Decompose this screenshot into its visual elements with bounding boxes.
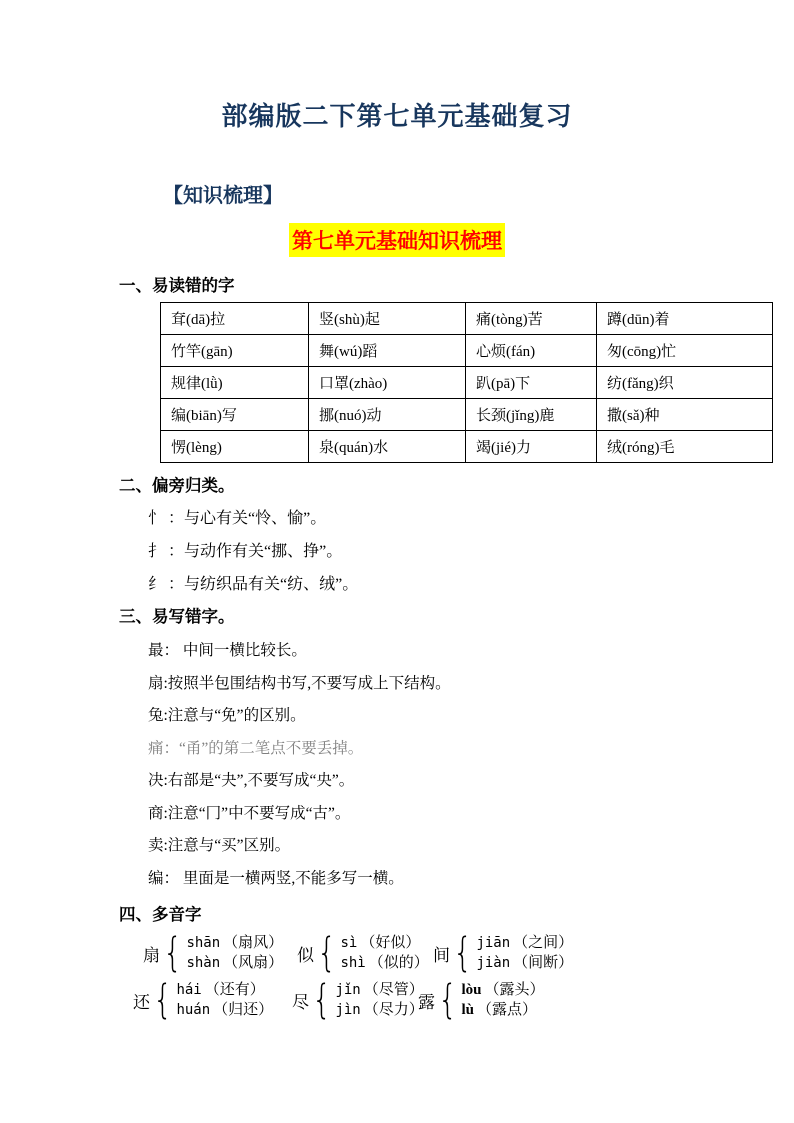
error-note-line: 兔:注意与“免”的区别。 bbox=[148, 698, 794, 731]
error-note-line: 扇:按照半包围结构书写,不要写成上下结构。 bbox=[148, 666, 794, 699]
table-cell: 规律(lǜ) bbox=[161, 367, 309, 399]
polyphone-pinyin: lòu bbox=[461, 980, 481, 1000]
polyphone-char: 还 bbox=[133, 988, 150, 1013]
table-cell: 长颈(jǐng)鹿 bbox=[466, 399, 597, 431]
polyphone-item: 似 { sì（好似） shì（似的） bbox=[297, 933, 429, 973]
polyphone-word: （归还） bbox=[213, 1000, 273, 1020]
table-cell: 痛(tòng)苦 bbox=[466, 303, 597, 335]
polyphone-pinyin: jiān bbox=[476, 933, 510, 953]
polyphone-item: 间 { jiān（之间） jiàn（间断） bbox=[433, 933, 573, 973]
unit-heading-highlight: 第七单元基础知识梳理 bbox=[289, 223, 505, 257]
polyphone-item: 露 { lòu（露头） lù（露点） bbox=[418, 980, 544, 1020]
polyphone-pinyin: shàn bbox=[186, 953, 220, 973]
polyphone-pinyin: shì bbox=[340, 953, 365, 973]
table-cell: 竹竿(gān) bbox=[161, 335, 309, 367]
brace-icon: { bbox=[312, 980, 331, 1020]
error-note-line: 商:注意“冂”中不要写成“古”。 bbox=[148, 796, 794, 829]
polyphone-pinyin: hái bbox=[176, 980, 201, 1000]
section-heading-polyphones: 四、多音字 bbox=[119, 901, 794, 925]
polyphone-char: 似 bbox=[297, 941, 314, 966]
radical-line: 忄 ：与心有关“怜、愉”。 bbox=[148, 500, 794, 533]
polyphone-char: 露 bbox=[418, 988, 435, 1013]
table-row: 规律(lǜ) 口罩(zhào) 趴(pā)下 纺(fǎng)织 bbox=[161, 367, 773, 399]
brace-icon: { bbox=[163, 933, 182, 973]
table-cell: 耷(dā)拉 bbox=[161, 303, 309, 335]
document-page: 部编版二下第七单元基础复习 【知识梳理】 第七单元基础知识梳理 一、易读错的字 … bbox=[0, 0, 794, 1123]
error-note-line: 痛：“甬”的第二笔点不要丢掉。 bbox=[148, 731, 794, 764]
table-row: 愣(lèng) 泉(quán)水 竭(jié)力 绒(róng)毛 bbox=[161, 431, 773, 463]
polyphone-row: 扇 { shān（扇风） shàn（风扇） 似 { sì（好似） shì（似的）… bbox=[0, 931, 794, 978]
polyphone-word: （之间） bbox=[513, 933, 573, 953]
table-cell: 心烦(fán) bbox=[466, 335, 597, 367]
radical-lines: 忄 ：与心有关“怜、愉”。 扌 ：与动作有关“挪、挣”。 纟 ：与纺织品有关“纺… bbox=[148, 500, 794, 599]
table-cell: 口罩(zhào) bbox=[309, 367, 466, 399]
radical-line: 纟 ：与纺织品有关“纺、绒”。 bbox=[148, 566, 794, 599]
radical-line: 扌 ：与动作有关“挪、挣”。 bbox=[148, 533, 794, 566]
table-cell: 竖(shù)起 bbox=[309, 303, 466, 335]
polyphone-pinyin: shān bbox=[186, 933, 220, 953]
table-cell: 撒(sǎ)种 bbox=[597, 399, 773, 431]
brace-icon: { bbox=[153, 980, 172, 1020]
table-cell: 纺(fǎng)织 bbox=[597, 367, 773, 399]
polyphone-word: （似的） bbox=[369, 953, 429, 973]
unit-heading-wrap: 第七单元基础知识梳理 bbox=[0, 223, 794, 257]
polyphone-pinyin: huán bbox=[176, 1000, 210, 1020]
polyphone-word: （露头） bbox=[484, 980, 544, 1000]
polyphone-pinyin: lù bbox=[461, 1000, 474, 1020]
table-cell: 绒(róng)毛 bbox=[597, 431, 773, 463]
polyphone-word: （扇风） bbox=[223, 933, 283, 953]
polyphone-word: （风扇） bbox=[223, 953, 283, 973]
section-heading-easily-misread: 一、易读错的字 bbox=[119, 272, 794, 296]
table-row: 编(biān)写 挪(nuó)动 长颈(jǐng)鹿 撒(sǎ)种 bbox=[161, 399, 773, 431]
polyphone-char: 扇 bbox=[143, 941, 160, 966]
brace-icon: { bbox=[438, 980, 457, 1020]
brace-icon: { bbox=[317, 933, 336, 973]
polyphone-char: 尽 bbox=[292, 988, 309, 1013]
section-heading-easily-miswritten: 三、易写错字。 bbox=[119, 603, 794, 627]
table-row: 耷(dā)拉 竖(shù)起 痛(tòng)苦 蹲(dūn)着 bbox=[161, 303, 773, 335]
polyphone-char: 间 bbox=[433, 941, 450, 966]
page-title: 部编版二下第七单元基础复习 bbox=[0, 0, 794, 133]
section-heading-radical-groups: 二、偏旁归类。 bbox=[119, 472, 794, 496]
polyphone-section: 扇 { shān（扇风） shàn（风扇） 似 { sì（好似） shì（似的）… bbox=[0, 931, 794, 1025]
polyphone-word: （露点） bbox=[477, 1000, 537, 1020]
brace-icon: { bbox=[453, 933, 472, 973]
polyphone-word: （好似） bbox=[360, 933, 420, 953]
error-note-line: 卖:注意与“买”区别。 bbox=[148, 828, 794, 861]
polyphone-pinyin: jǐn bbox=[335, 980, 360, 1000]
table-cell: 舞(wú)蹈 bbox=[309, 335, 466, 367]
polyphone-item: 尽 { jǐn（尽管） jìn（尽力） bbox=[292, 980, 424, 1020]
table-cell: 愣(lèng) bbox=[161, 431, 309, 463]
table-cell: 挪(nuó)动 bbox=[309, 399, 466, 431]
polyphone-pinyin: jìn bbox=[335, 1000, 360, 1020]
polyphone-word: （间断） bbox=[513, 953, 573, 973]
pinyin-table: 耷(dā)拉 竖(shù)起 痛(tòng)苦 蹲(dūn)着 竹竿(gān) … bbox=[160, 302, 773, 463]
table-cell: 编(biān)写 bbox=[161, 399, 309, 431]
error-note-line: 决:右部是“夬”,不要写成“央”。 bbox=[148, 763, 794, 796]
error-note-line: 编： 里面是一横两竖,不能多写一横。 bbox=[148, 861, 794, 894]
table-cell: 趴(pā)下 bbox=[466, 367, 597, 399]
polyphone-word: （尽管） bbox=[364, 980, 424, 1000]
polyphone-word: （尽力） bbox=[364, 1000, 424, 1020]
polyphone-item: 还 { hái（还有） huán（归还） bbox=[133, 980, 273, 1020]
polyphone-pinyin: jiàn bbox=[476, 953, 510, 973]
polyphone-pinyin: sì bbox=[340, 933, 357, 953]
table-cell: 匆(cōng)忙 bbox=[597, 335, 773, 367]
polyphone-word: （还有） bbox=[205, 980, 265, 1000]
table-cell: 竭(jié)力 bbox=[466, 431, 597, 463]
table-cell: 泉(quán)水 bbox=[309, 431, 466, 463]
table-cell: 蹲(dūn)着 bbox=[597, 303, 773, 335]
miswritten-notes: 最： 中间一横比较长。 扇:按照半包围结构书写,不要写成上下结构。 兔:注意与“… bbox=[148, 633, 794, 893]
knowledge-section-heading: 【知识梳理】 bbox=[163, 179, 794, 208]
error-note-line: 最： 中间一横比较长。 bbox=[148, 633, 794, 666]
table-row: 竹竿(gān) 舞(wú)蹈 心烦(fán) 匆(cōng)忙 bbox=[161, 335, 773, 367]
polyphone-row: 还 { hái（还有） huán（归还） 尽 { jǐn（尽管） jìn（尽力）… bbox=[0, 978, 794, 1025]
polyphone-item: 扇 { shān（扇风） shàn（风扇） bbox=[143, 933, 283, 973]
